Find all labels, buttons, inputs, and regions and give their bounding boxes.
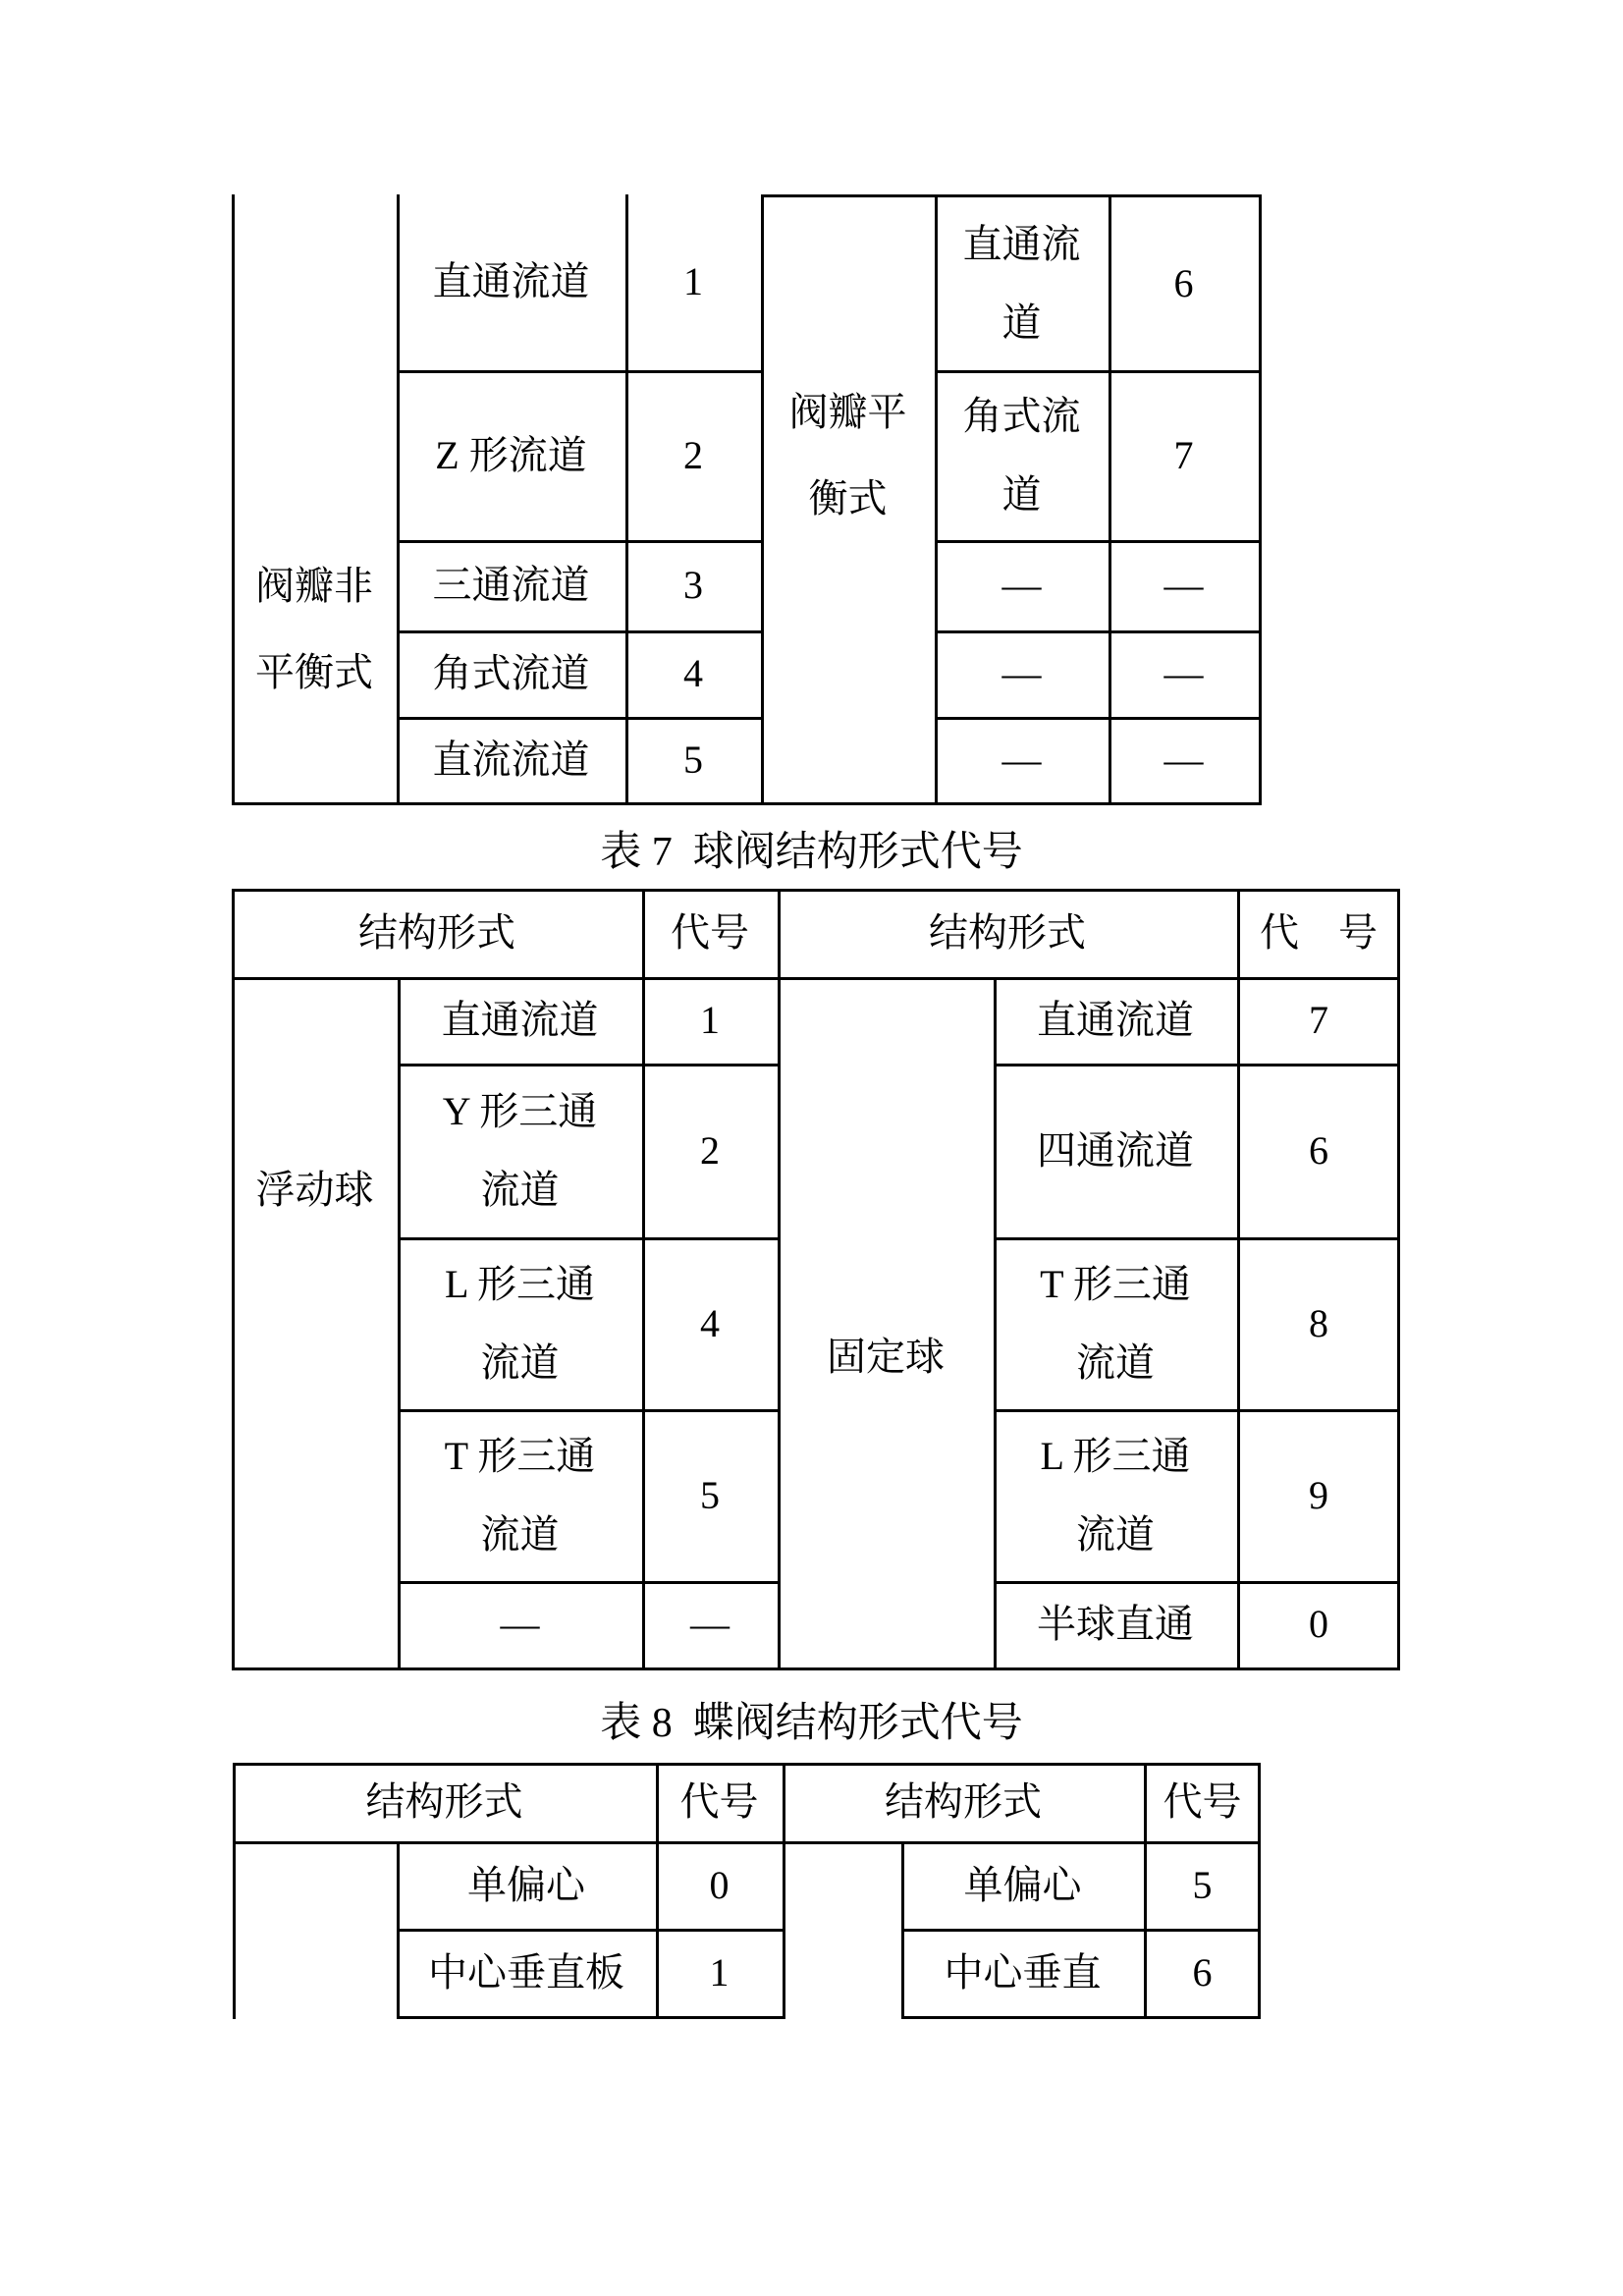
group-label-floating-ball: 浮动球 [232, 1147, 398, 1233]
cell-code: 5 [1144, 1841, 1261, 1929]
cell-structure-name: Y 形三通 流道 [398, 1064, 642, 1237]
cell-structure-name: 单偏心 [397, 1841, 656, 1929]
cell-code: — [642, 1581, 778, 1667]
cell-code: — [1109, 540, 1259, 630]
header-structure: 结构形式 [778, 889, 1237, 977]
cell-code: 4 [625, 630, 761, 717]
cell-code: 1 [625, 193, 761, 370]
table8-title: 表 8 蝶阀结构形式代号 [0, 1696, 1623, 1751]
cell-code: 8 [1237, 1237, 1400, 1409]
cell-code: 7 [1237, 977, 1400, 1064]
cell-structure-name: 中心垂直 [901, 1929, 1144, 2016]
header-code: 代号 [1144, 1763, 1261, 1841]
cell-code: 9 [1237, 1409, 1400, 1581]
header-code: 代号 [642, 889, 778, 977]
cell-structure-name: T 形三通 流道 [994, 1237, 1237, 1409]
grid-line [232, 889, 235, 1670]
cell-code: — [1109, 717, 1259, 802]
table7-title: 表 7 球阀结构形式代号 [0, 825, 1623, 880]
cell-code: 5 [625, 717, 761, 802]
header-structure: 结构形式 [232, 889, 642, 977]
group-label-fixed-ball: 固定球 [778, 1314, 994, 1400]
cell-structure-name: T 形三通 流道 [398, 1409, 642, 1581]
cell-structure-name: L 形三通 流道 [398, 1237, 642, 1409]
grid-line [397, 2016, 785, 2019]
cell-code: — [1109, 630, 1259, 717]
header-code: 代号 [656, 1763, 783, 1841]
cell-structure-name: — [398, 1581, 642, 1667]
cell-code: 6 [1144, 1929, 1261, 2016]
cell-structure-name: — [935, 540, 1109, 630]
grid-line [232, 1667, 1400, 1670]
cell-code: 1 [642, 977, 778, 1064]
cell-structure-name: 直通流道 [398, 977, 642, 1064]
header-structure: 结构形式 [233, 1763, 656, 1841]
cell-code: 1 [656, 1929, 783, 2016]
cell-code: 0 [1237, 1581, 1400, 1667]
cell-code: 0 [656, 1841, 783, 1929]
cell-structure-name: 角式流 道 [935, 370, 1109, 540]
cell-code: 3 [625, 540, 761, 630]
cell-structure-name: 直通流道 [397, 193, 625, 370]
cell-structure-name: — [935, 717, 1109, 802]
cell-code: 6 [1237, 1064, 1400, 1237]
cell-structure-name: L 形三通 流道 [994, 1409, 1237, 1581]
cell-code: 2 [642, 1064, 778, 1237]
cell-structure-name: 三通流道 [397, 540, 625, 630]
grid-line [232, 802, 1262, 805]
cell-structure-name: — [935, 630, 1109, 717]
cell-code: 6 [1109, 196, 1259, 370]
cell-structure-name: 单偏心 [901, 1841, 1144, 1929]
cell-structure-name: 四通流道 [994, 1064, 1237, 1237]
cell-code: 4 [642, 1237, 778, 1409]
cell-code: 2 [625, 370, 761, 540]
cell-structure-name: 角式流道 [397, 630, 625, 717]
group-label-unbalanced-disc: 阀瓣非 平衡式 [232, 543, 397, 716]
cell-structure-name: 直通流 道 [935, 196, 1109, 370]
cell-structure-name: 中心垂直板 [397, 1929, 656, 2016]
document-page: 阀瓣非 平衡式 阀瓣平 衡式 直通流道 Z 形流道 三通流道 角式流道 直流流道… [0, 0, 1623, 2296]
grid-line [901, 2016, 1261, 2019]
header-structure: 结构形式 [783, 1763, 1144, 1841]
header-code: 代 号 [1237, 889, 1400, 977]
cell-structure-name: 直流流道 [397, 717, 625, 802]
cell-structure-name: 半球直通 [994, 1581, 1237, 1667]
cell-structure-name: Z 形流道 [397, 370, 625, 540]
cell-code: 7 [1109, 370, 1259, 540]
grid-line [778, 889, 781, 1670]
grid-line [1259, 194, 1262, 805]
group-label-balanced-disc: 阀瓣平 衡式 [761, 369, 935, 542]
cell-structure-name: 直通流道 [994, 977, 1237, 1064]
cell-code: 5 [642, 1409, 778, 1581]
